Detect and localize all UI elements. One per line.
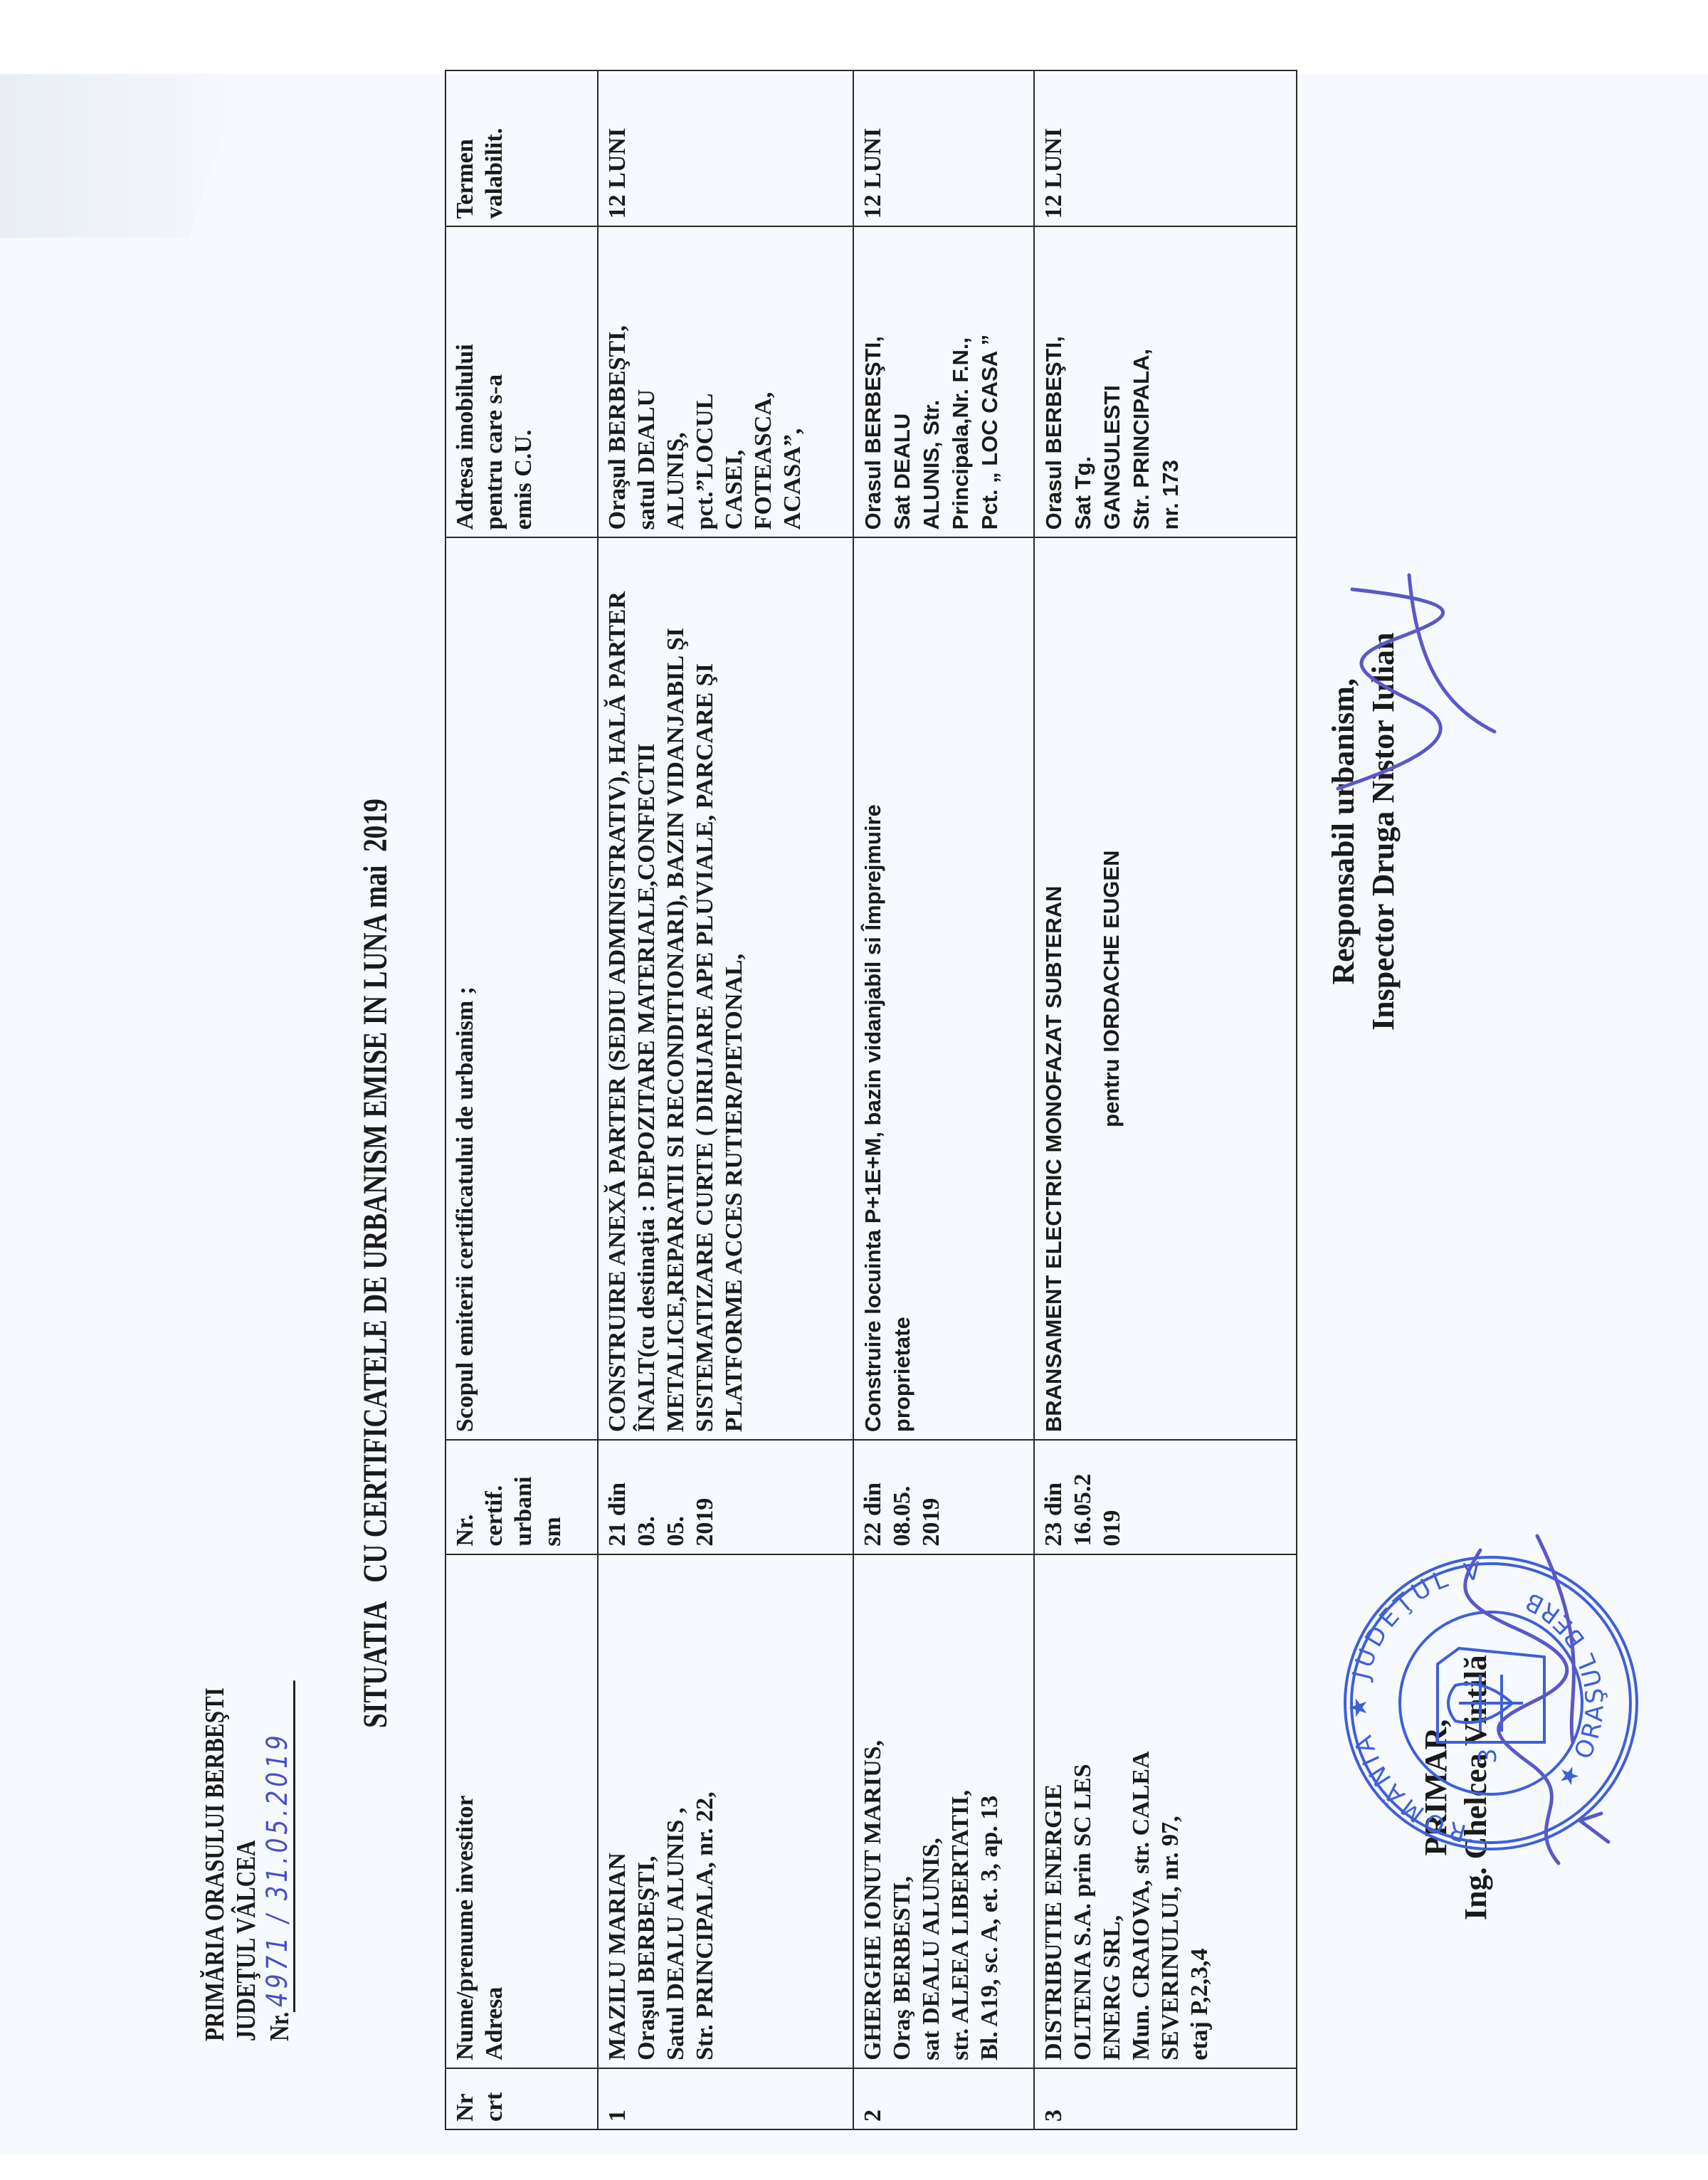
county-name: JUDEŢUL VÂLCEA: [231, 1680, 262, 2041]
row-certificat: 21 din03. 05.2019: [598, 1440, 853, 1554]
header-nr-crt: Nrcrt: [446, 2068, 598, 2129]
row-scop: CONSTRUIRE ANEXĂ PARTER (SEDIU ADMINISTR…: [598, 537, 853, 1440]
nr-label: Nr.: [264, 2012, 295, 2041]
row-scop: BRANSAMENT ELECTRIC MONOFAZAT SUBTERAN p…: [1034, 537, 1297, 1440]
row-certificat: 22 din08.05. 2019: [853, 1440, 1034, 1554]
row-adresa-imobil: Orasul BERBEŞTI,Sat DEALU ALUNIS, Str.Pr…: [853, 226, 1034, 537]
row-termen: 12 LUNI: [598, 70, 853, 226]
registration-number-line: Nr. 4971 / 31.05.2019: [262, 1680, 295, 2041]
row-certificat: 23 din16.05.2 019: [1034, 1440, 1297, 1554]
row-nr: 1: [598, 2068, 853, 2129]
header-nr-certificat: Nr.certif. urbanism: [446, 1440, 598, 1554]
row-adresa-imobil: Orasul BERBEŞTI,Sat Tg. GANGULESTIStr. P…: [1034, 226, 1297, 537]
rotated-document-page: PRIMĂRIA ORASULUI BERBEŞTI JUDEŢUL VÂLCE…: [0, 74, 1708, 2155]
institution-name: PRIMĂRIA ORASULUI BERBEŞTI: [199, 1680, 231, 2041]
header-termen: Termenvalabilit.: [446, 70, 598, 226]
certificates-table: Nrcrt Nume/prenume investitorAdresa Nr.c…: [445, 70, 1297, 2130]
row-adresa-imobil: Oraşul BERBEŞTI,satul DEALU ALUNIŞ, pct.…: [598, 226, 853, 537]
table-row: 2 GHERGHE IONUT MARIUS,Oraş BERBESTI, sa…: [853, 70, 1034, 2129]
responsabil-handwritten-signature-icon: [1309, 561, 1509, 817]
row-investitor: MAZILU MARIANOraşul BERBEŞTI, Satul DEAL…: [598, 1554, 853, 2068]
header-investitor: Nume/prenume investitorAdresa: [446, 1554, 598, 2068]
document-header: PRIMĂRIA ORASULUI BERBEŞTI JUDEŢUL VÂLCE…: [199, 1680, 295, 2041]
document-title: SITUATIA CU CERTIFICATELE DE URBANISM EM…: [356, 799, 395, 1728]
table-row: 1 MAZILU MARIANOraşul BERBEŞTI, Satul DE…: [598, 70, 853, 2129]
header-adresa-imobil: Adresa imobiluluipentru care s-aemis C.U…: [446, 226, 598, 537]
table-header-row: Nrcrt Nume/prenume investitorAdresa Nr.c…: [446, 70, 598, 2129]
header-scopul: Scopul emiterii certificatului de urbani…: [446, 537, 598, 1440]
row-nr: 2: [853, 2068, 1034, 2129]
table-row: 3 DISTRIBUTIE ENERGIEOLTENIA S.A. prin S…: [1034, 70, 1297, 2129]
primar-handwritten-signature-icon: [1395, 1515, 1623, 1885]
row-investitor: DISTRIBUTIE ENERGIEOLTENIA S.A. prin SC …: [1034, 1554, 1297, 2068]
registration-number-handwritten: 4971 / 31.05.2019: [262, 1680, 295, 2012]
row-termen: 12 LUNI: [853, 70, 1034, 226]
row-nr: 3: [1034, 2068, 1297, 2129]
row-scop: Construire locuinta P+1E+M, bazin vidanj…: [853, 537, 1034, 1440]
row-termen: 12 LUNI: [1034, 70, 1297, 226]
row-investitor: GHERGHE IONUT MARIUS,Oraş BERBESTI, sat …: [853, 1554, 1034, 2068]
